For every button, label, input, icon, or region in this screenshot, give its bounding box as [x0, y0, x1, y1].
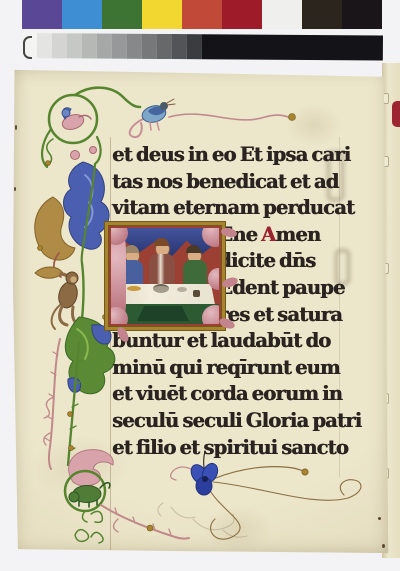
color-patch	[182, 0, 222, 29]
grayscale-step	[187, 34, 202, 59]
color-patch	[342, 0, 382, 29]
manuscript-text-line: buntur et laudabūt do	[112, 327, 348, 354]
grotesque-bird-drollery	[60, 108, 91, 132]
miniature-dining-scene	[111, 228, 219, 324]
manuscript-text-line: seculū seculi Gloria patri	[112, 407, 348, 434]
text-segment: dicite dn̄s	[218, 249, 315, 272]
diner-right-hair	[186, 245, 201, 253]
grayscale-step	[67, 33, 82, 58]
rubricated-initial: A	[261, 223, 275, 246]
color-patch	[142, 0, 182, 29]
grayscale-step	[97, 34, 112, 59]
grayscale-step	[157, 34, 172, 59]
small-bowl	[177, 287, 187, 292]
faint-pen-squiggles	[158, 503, 247, 537]
text-segment: et viuēt corda eorum in	[112, 382, 342, 405]
grayscale-step	[52, 33, 67, 58]
manuscript-photograph: et deus in eo Et ipsa caritas nos benedi…	[0, 0, 400, 571]
bread	[139, 294, 147, 299]
color-patch	[222, 0, 262, 29]
grayscale-black-tail	[202, 34, 383, 60]
grayscale-step	[127, 34, 142, 59]
blue-violet-flourish	[158, 451, 361, 539]
manuscript-text-line: et filio et spiritui sancto	[112, 434, 348, 461]
text-segment: seculū seculi Gloria patri	[112, 409, 361, 432]
text-segment: minū qui reqīrunt eum	[112, 356, 340, 379]
text-segment: tas nos benedicat et ad	[112, 170, 338, 193]
text-segment: et filio et spiritui sancto	[112, 436, 348, 459]
diner-left-hair	[124, 245, 139, 253]
manuscript-text-line: vitam eternam perducat	[112, 194, 348, 221]
gold-frame	[105, 222, 225, 330]
diner-center-robe	[149, 254, 175, 286]
manuscript-text-line: tas nos benedicat et ad	[112, 168, 348, 195]
text-segment: men	[275, 223, 320, 246]
grayscale-step	[112, 34, 127, 59]
pen-tendril	[169, 114, 288, 120]
green-beast-drollery	[65, 450, 189, 543]
text-segment: buntur et laudabūt do	[112, 329, 330, 352]
manuscript-text-line: et deus in eo Et ipsa cari	[112, 141, 348, 168]
color-patch	[262, 0, 302, 29]
bird-drollery	[130, 99, 175, 137]
manuscript-leaf: et deus in eo Et ipsa caritas nos benedi…	[13, 67, 389, 554]
color-patch	[102, 0, 142, 29]
text-segment: vitam eternam perducat	[112, 196, 354, 219]
grayscale-step	[82, 33, 97, 58]
grayscale-bar	[22, 33, 383, 61]
manuscript-text-line: minū qui reqīrunt eum	[112, 354, 348, 381]
table-base	[137, 306, 189, 321]
grayscale-step	[142, 34, 157, 59]
gold-plate	[127, 286, 141, 291]
cup	[193, 290, 200, 297]
color-patch	[62, 0, 102, 29]
color-calibration-bar	[22, 0, 382, 29]
grayscale-step	[172, 34, 187, 59]
diner-right-robe	[183, 260, 207, 286]
grayscale-step	[37, 33, 52, 58]
illuminated-initial-B	[105, 222, 225, 330]
manuscript-text-line: et viuēt corda eorum in	[112, 380, 348, 407]
text-segment: res et satura	[218, 303, 342, 326]
facing-page-initial-fragment	[392, 101, 400, 127]
bowl	[153, 284, 169, 293]
color-patch	[22, 0, 62, 29]
diner-center-hair	[154, 238, 169, 246]
bread	[167, 296, 175, 301]
text-segment: et deus in eo Et ipsa cari	[112, 143, 350, 166]
grayscale-bar-clip-mark	[23, 36, 32, 59]
color-patch	[302, 0, 342, 29]
